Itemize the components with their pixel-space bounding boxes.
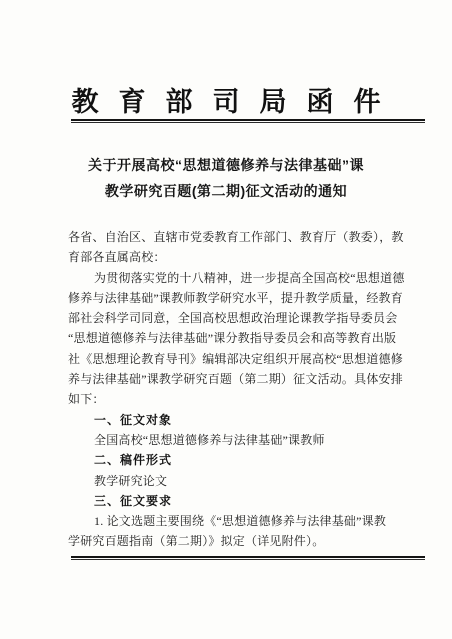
document-line: 育部各直属高校： [68, 247, 398, 267]
document-body: 各省、自治区、直辖市党委教育工作部门、教育厅（教委），教 育部各直属高校： 为贯… [68, 227, 398, 552]
document-line: “思想道德修养与法律基础”课分教指导委员会和高等教育出版 [68, 328, 398, 348]
document-line: 教学研究论文 [68, 471, 398, 491]
document-line: 养与法律基础”课教学研究百题（第二期）征文活动。具体安排 [68, 369, 398, 389]
document-line: 社《思想理论教育导刊》编辑部决定组织开展高校“思想道德修 [68, 349, 398, 369]
document-title-line-2: 教学研究百题(第二期)征文活动的通知 [0, 178, 452, 204]
document-line: 修养与法律基础”课教师教学研究水平，提升教学质量，经教育 [68, 288, 398, 308]
section-heading: 二、稿件形式 [68, 450, 398, 470]
letterhead-title: 教育部司局函件 [0, 80, 452, 119]
document-line: 全国高校“思想道德修养与法律基础”课教师 [68, 430, 398, 450]
document-title-line-1: 关于开展高校“思想道德修养与法律基础”课 [0, 152, 452, 178]
document-line: 为贯彻落实党的十八精神，进一步提高全国高校“思想道德 [68, 268, 398, 288]
section-heading: 三、征文要求 [68, 491, 398, 511]
document-line: 如下： [68, 389, 398, 409]
document-line: 1. 论文选题主要围绕《“思想道德修养与法律基础”课教 [68, 511, 398, 531]
document-line: 学研究百题指南（第二期）》拟定（详见附件）。 [68, 531, 398, 551]
document-line: 部社会科学司同意，全国高校思想政治理论课教学指导委员会 [68, 308, 398, 328]
document-title: 关于开展高校“思想道德修养与法律基础”课 教学研究百题(第二期)征文活动的通知 [0, 152, 452, 204]
scanned-document-page: 教育部司局函件 关于开展高校“思想道德修养与法律基础”课 教学研究百题(第二期)… [0, 0, 452, 639]
document-line: 各省、自治区、直辖市党委教育工作部门、教育厅（教委），教 [68, 227, 398, 247]
letterhead-divider-rule [71, 119, 425, 123]
footer-divider-rule [71, 556, 425, 560]
section-heading: 一、征文对象 [68, 410, 398, 430]
